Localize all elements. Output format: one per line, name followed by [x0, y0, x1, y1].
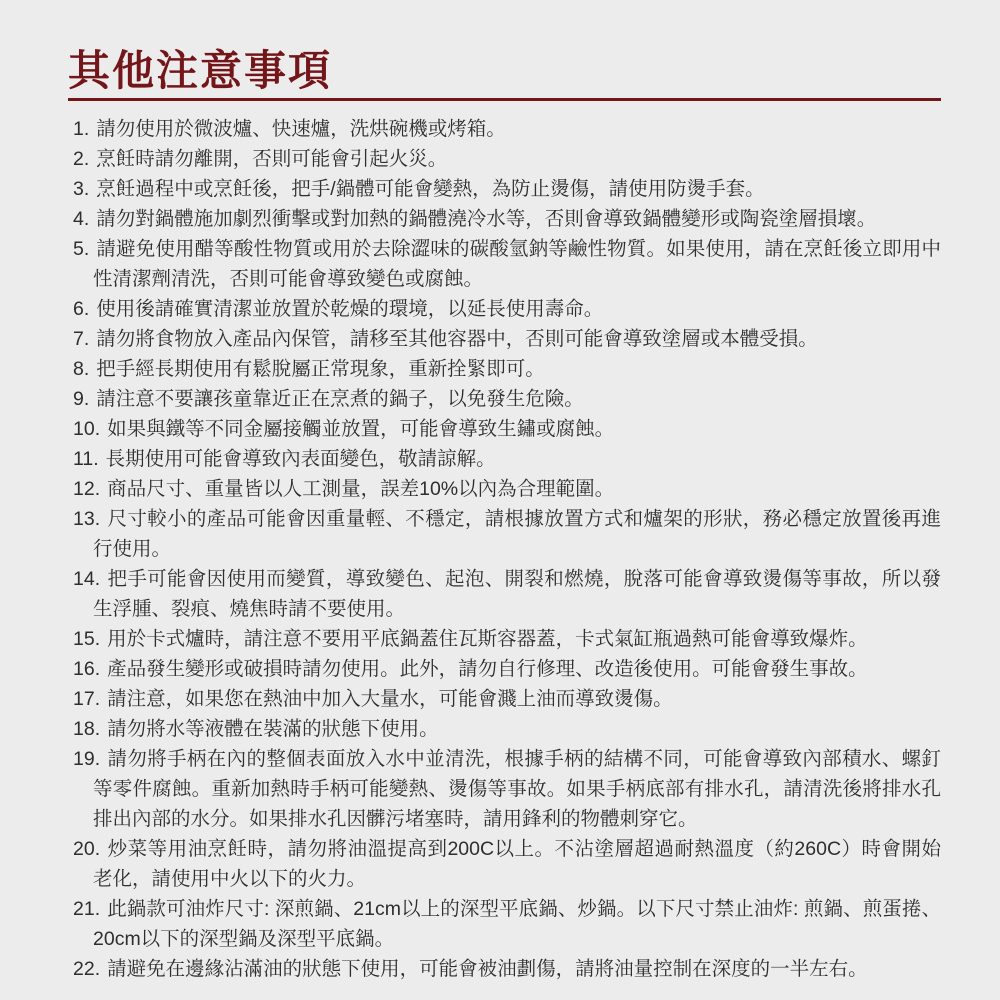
notice-item-text: 請勿對鍋體施加劇烈衝擊或對加熱的鍋體澆冷水等，否則會導致鍋體變形或陶瓷塗層損壞。: [96, 208, 876, 230]
notice-item-text: 用於卡式爐時，請注意不要用平底鍋蓋住瓦斯容器蓋，卡式氣缸瓶過熱可能會導致爆炸。: [107, 628, 868, 650]
notice-page: 其他注意事項 1.請勿使用於微波爐、快速爐，洗烘碗機或烤箱。2.烹飪時請勿離開，…: [0, 0, 1000, 1000]
notice-item-number: 2.: [73, 148, 89, 170]
notice-item: 1.請勿使用於微波爐、快速爐，洗烘碗機或烤箱。: [73, 114, 941, 144]
notice-list: 1.請勿使用於微波爐、快速爐，洗烘碗機或烤箱。2.烹飪時請勿離開，否則可能會引起…: [68, 114, 941, 984]
notice-item-number: 9.: [73, 388, 89, 410]
notice-item-number: 19.: [73, 748, 100, 770]
notice-item: 10.如果與鐵等不同金屬接觸並放置，可能會導致生鏽或腐蝕。: [73, 414, 941, 444]
notice-item-text: 請勿將水等液體在裝滿的狀態下使用。: [107, 718, 439, 740]
notice-item-text: 請注意不要讓孩童靠近正在烹煮的鍋子，以免發生危險。: [96, 388, 584, 410]
notice-item: 11.長期使用可能會導致內表面變色，敬請諒解。: [73, 444, 941, 474]
notice-item-text: 炒菜等用油烹飪時，請勿將油溫提高到200C以上。不沾塗層超過耐熱溫度（約260C…: [93, 838, 941, 890]
notice-item: 12.商品尺寸、重量皆以人工測量，誤差10%以內為合理範圍。: [73, 474, 941, 504]
notice-item-number: 13.: [73, 508, 100, 530]
notice-item: 8.把手經長期使用有鬆脫屬正常現象，重新拴緊即可。: [73, 354, 941, 384]
notice-item: 22.請避免在邊緣沾滿油的狀態下使用，可能會被油劃傷，請將油量控制在深度的一半左…: [73, 954, 941, 984]
notice-item-text: 把手可能會因使用而變質，導致變色、起泡、開裂和燃燒，脫落可能會導致燙傷等事故，所…: [93, 568, 941, 620]
notice-item-text: 如果與鐵等不同金屬接觸並放置，可能會導致生鏽或腐蝕。: [107, 418, 614, 440]
notice-item-number: 8.: [73, 358, 89, 380]
notice-item-text: 請勿將食物放入產品內保管，請移至其他容器中，否則可能會導致塗層或本體受損。: [96, 328, 818, 350]
notice-item-number: 15.: [73, 628, 100, 650]
notice-item: 13.尺寸較小的產品可能會因重量輕、不穩定，請根據放置方式和爐架的形狀，務必穩定…: [73, 504, 941, 564]
notice-item-text: 長期使用可能會導致內表面變色，敬請諒解。: [106, 448, 496, 470]
notice-item-number: 10.: [73, 418, 100, 440]
notice-item-text: 請注意，如果您在熱油中加入大量水，可能會濺上油而導致燙傷。: [107, 688, 673, 710]
notice-item-text: 烹飪時請勿離開，否則可能會引起火災。: [96, 148, 447, 170]
notice-item: 6.使用後請確實清潔並放置於乾燥的環境，以延長使用壽命。: [73, 294, 941, 324]
notice-item-text: 請避免在邊緣沾滿油的狀態下使用，可能會被油劃傷，請將油量控制在深度的一半左右。: [107, 958, 868, 980]
notice-item-number: 6.: [73, 298, 89, 320]
notice-item-number: 3.: [73, 178, 89, 200]
notice-item: 14.把手可能會因使用而變質，導致變色、起泡、開裂和燃燒，脫落可能會導致燙傷等事…: [73, 564, 941, 624]
notice-item: 2.烹飪時請勿離開，否則可能會引起火災。: [73, 144, 941, 174]
notice-item-text: 尺寸較小的產品可能會因重量輕、不穩定，請根據放置方式和爐架的形狀，務必穩定放置後…: [93, 508, 941, 560]
notice-item-number: 7.: [73, 328, 89, 350]
notice-item: 3.烹飪過程中或烹飪後，把手/鍋體可能會變熱，為防止燙傷，請使用防燙手套。: [73, 174, 941, 204]
notice-item-number: 4.: [73, 208, 89, 230]
notice-item: 18.請勿將水等液體在裝滿的狀態下使用。: [73, 714, 941, 744]
notice-item: 9.請注意不要讓孩童靠近正在烹煮的鍋子，以免發生危險。: [73, 384, 941, 414]
notice-item-text: 產品發生變形或破損時請勿使用。此外，請勿自行修理、改造後使用。可能會發生事故。: [107, 658, 868, 680]
notice-item-number: 22.: [73, 958, 100, 980]
notice-item-text: 請避免使用醋等酸性物質或用於去除澀味的碳酸氫鈉等鹼性物質。如果使用，請在烹飪後立…: [93, 238, 941, 290]
notice-item: 17.請注意，如果您在熱油中加入大量水，可能會濺上油而導致燙傷。: [73, 684, 941, 714]
notice-item-number: 1.: [73, 118, 89, 140]
page-title: 其他注意事項: [68, 46, 941, 96]
notice-item: 19.請勿將手柄在內的整個表面放入水中並清洗，根據手柄的結構不同，可能會導致內部…: [73, 744, 941, 834]
notice-item-text: 把手經長期使用有鬆脫屬正常現象，重新拴緊即可。: [96, 358, 545, 380]
notice-item-number: 5.: [73, 238, 89, 260]
notice-item-number: 18.: [73, 718, 100, 740]
notice-item-text: 此鍋款可油炸尺寸: 深煎鍋、21cm以上的深型平底鍋、炒鍋。以下尺寸禁止油炸: …: [93, 898, 941, 950]
notice-item-text: 請勿使用於微波爐、快速爐，洗烘碗機或烤箱。: [96, 118, 506, 140]
notice-item-text: 烹飪過程中或烹飪後，把手/鍋體可能會變熱，為防止燙傷，請使用防燙手套。: [96, 178, 764, 200]
notice-item-text: 使用後請確實清潔並放置於乾燥的環境，以延長使用壽命。: [96, 298, 603, 320]
notice-item-number: 11.: [73, 448, 99, 470]
notice-item: 20.炒菜等用油烹飪時，請勿將油溫提高到200C以上。不沾塗層超過耐熱溫度（約2…: [73, 834, 941, 894]
notice-item: 5.請避免使用醋等酸性物質或用於去除澀味的碳酸氫鈉等鹼性物質。如果使用，請在烹飪…: [73, 234, 941, 294]
notice-item: 15.用於卡式爐時，請注意不要用平底鍋蓋住瓦斯容器蓋，卡式氣缸瓶過熱可能會導致爆…: [73, 624, 941, 654]
notice-item: 4.請勿對鍋體施加劇烈衝擊或對加熱的鍋體澆冷水等，否則會導致鍋體變形或陶瓷塗層損…: [73, 204, 941, 234]
notice-item-number: 16.: [73, 658, 100, 680]
notice-item-number: 14.: [73, 568, 100, 590]
notice-item: 16.產品發生變形或破損時請勿使用。此外，請勿自行修理、改造後使用。可能會發生事…: [73, 654, 941, 684]
notice-item-number: 20.: [73, 838, 100, 860]
notice-item: 7.請勿將食物放入產品內保管，請移至其他容器中，否則可能會導致塗層或本體受損。: [73, 324, 941, 354]
notice-item-text: 商品尺寸、重量皆以人工測量，誤差10%以內為合理範圍。: [107, 478, 614, 500]
notice-item: 21.此鍋款可油炸尺寸: 深煎鍋、21cm以上的深型平底鍋、炒鍋。以下尺寸禁止油…: [73, 894, 941, 954]
notice-item-number: 17.: [73, 688, 100, 710]
notice-item-number: 21.: [73, 898, 100, 920]
notice-item-number: 12.: [73, 478, 100, 500]
notice-item-text: 請勿將手柄在內的整個表面放入水中並清洗，根據手柄的結構不同，可能會導致內部積水、…: [93, 748, 941, 830]
title-underline-rule: [68, 98, 941, 101]
